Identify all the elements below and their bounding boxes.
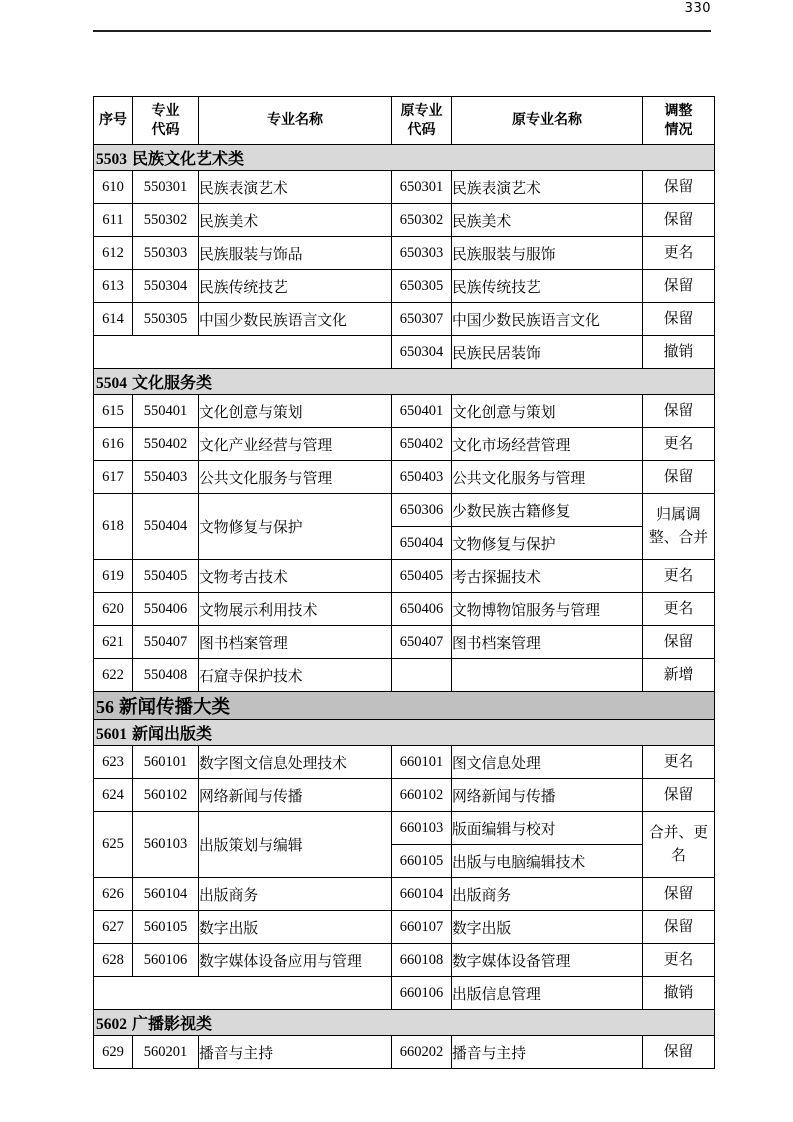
cell-old-name: 文化市场经营管理 — [452, 428, 643, 461]
cell-name: 文物展示利用技术 — [199, 593, 392, 626]
table-row: 612550303民族服装与饰品650303民族服装与服饰更名 — [94, 237, 715, 270]
cell-status: 保留 — [643, 395, 715, 428]
cell-no: 620 — [94, 593, 133, 626]
cell-old-name: 数字媒体设备管理 — [452, 944, 643, 977]
cell-status: 保留 — [643, 171, 715, 204]
cell-code: 560105 — [133, 911, 199, 944]
cell-name: 数字媒体设备应用与管理 — [199, 944, 392, 977]
cell-old-code: 660108 — [392, 944, 452, 977]
table-row: 617550403公共文化服务与管理650403公共文化服务与管理保留 — [94, 461, 715, 494]
cell-old-name: 考古探掘技术 — [452, 560, 643, 593]
table-row: 626560104出版商务660104出版商务保留 — [94, 878, 715, 911]
cell-code: 550403 — [133, 461, 199, 494]
cell-old-name: 中国少数民族语言文化 — [452, 303, 643, 336]
cell-status: 更名 — [643, 428, 715, 461]
cell-old-name: 图书档案管理 — [452, 626, 643, 659]
table-row: 615550401文化创意与策划650401文化创意与策划保留 — [94, 395, 715, 428]
cell-name: 民族传统技艺 — [199, 270, 392, 303]
cell-no: 619 — [94, 560, 133, 593]
cell-old-code: 650304 — [392, 336, 452, 369]
cell-old-code: 660105 — [392, 845, 452, 878]
section-name: 新闻出版类 — [132, 724, 212, 743]
spec-table: 序号 专业 代码 专业名称 原专业 代码 原专业名称 调整 情况 5503民族文… — [93, 96, 715, 1069]
cell-old-code: 660107 — [392, 911, 452, 944]
cell-old-name: 播音与主持 — [452, 1036, 643, 1069]
cell-status: 更名 — [643, 560, 715, 593]
cell-name: 文化产业经营与管理 — [199, 428, 392, 461]
cell-old-name: 民族民居装饰 — [452, 336, 643, 369]
cell-old-code: 660102 — [392, 779, 452, 812]
cell-no: 612 — [94, 237, 133, 270]
section-band-56: 56新闻传播大类 — [94, 692, 715, 720]
cell-code: 560103 — [133, 812, 199, 878]
spec-table-body: 5503民族文化艺术类610550301民族表演艺术650301民族表演艺术保留… — [94, 145, 715, 1069]
cell-status: 新增 — [643, 659, 715, 692]
cell-old-code: 660106 — [392, 977, 452, 1010]
cell-status: 更名 — [643, 746, 715, 779]
cell-old-code: 650406 — [392, 593, 452, 626]
cell-name: 民族服装与饰品 — [199, 237, 392, 270]
table-row: 619550405文物考古技术650405考古探掘技术更名 — [94, 560, 715, 593]
cell-code: 560106 — [133, 944, 199, 977]
section-band-5503: 5503民族文化艺术类 — [94, 145, 715, 171]
cell-code: 560101 — [133, 746, 199, 779]
cell-status: 撤销 — [643, 977, 715, 1010]
cell-code: 550405 — [133, 560, 199, 593]
cell-old-code: 650305 — [392, 270, 452, 303]
cell-status: 保留 — [643, 461, 715, 494]
section-name: 新闻传播大类 — [119, 697, 230, 718]
cell-old-code: 650301 — [392, 171, 452, 204]
cell-no: 629 — [94, 1036, 133, 1069]
cell-status: 合并、更名 — [643, 812, 715, 878]
cell-no: 614 — [94, 303, 133, 336]
cell-old-name: 民族传统技艺 — [452, 270, 643, 303]
cell-name: 文物修复与保护 — [199, 494, 392, 560]
section-code: 56 — [96, 697, 114, 717]
cell-code: 550407 — [133, 626, 199, 659]
cell-status: 保留 — [643, 204, 715, 237]
table-row: 614550305中国少数民族语言文化650307中国少数民族语言文化保留 — [94, 303, 715, 336]
table-row: 610550301民族表演艺术650301民族表演艺术保留 — [94, 171, 715, 204]
cell-old-code: 650402 — [392, 428, 452, 461]
section-name: 文化服务类 — [132, 373, 212, 392]
cell-status: 更名 — [643, 593, 715, 626]
cell-status: 更名 — [643, 944, 715, 977]
cell-name: 文化创意与策划 — [199, 395, 392, 428]
table-row-old-only: 650304民族民居装饰撤销 — [94, 336, 715, 369]
cell-status: 归属调整、合并 — [643, 494, 715, 560]
page-number: 330 — [93, 1, 711, 16]
table-row: 628560106数字媒体设备应用与管理660108数字媒体设备管理更名 — [94, 944, 715, 977]
cell-old-name: 网络新闻与传播 — [452, 779, 643, 812]
spec-table-header: 序号 专业 代码 专业名称 原专业 代码 原专业名称 调整 情况 — [94, 97, 715, 145]
cell-code: 550305 — [133, 303, 199, 336]
cell-name: 数字图文信息处理技术 — [199, 746, 392, 779]
cell-old-code-empty — [392, 659, 452, 692]
cell-no: 626 — [94, 878, 133, 911]
section-name: 民族文化艺术类 — [132, 149, 244, 168]
cell-name: 文物考古技术 — [199, 560, 392, 593]
cell-no: 627 — [94, 911, 133, 944]
table-row: 616550402文化产业经营与管理650402文化市场经营管理更名 — [94, 428, 715, 461]
cell-old-name: 数字出版 — [452, 911, 643, 944]
cell-old-code: 650302 — [392, 204, 452, 237]
section-band-cell: 5504文化服务类 — [94, 369, 715, 395]
table-row: 611550302民族美术650302民族美术保留 — [94, 204, 715, 237]
document-page: 330 序号 专业 代码 专业名称 原专业 代码 原专业名称 调整 情况 550… — [0, 0, 793, 1122]
cell-old-name: 出版商务 — [452, 878, 643, 911]
cell-old-name-empty — [452, 659, 643, 692]
cell-code: 550302 — [133, 204, 199, 237]
cell-code: 550408 — [133, 659, 199, 692]
cell-no: 617 — [94, 461, 133, 494]
cell-no: 624 — [94, 779, 133, 812]
cell-old-code: 650403 — [392, 461, 452, 494]
cell-name: 民族美术 — [199, 204, 392, 237]
cell-old-name: 图文信息处理 — [452, 746, 643, 779]
table-row-merged: 625560103出版策划与编辑660103版面编辑与校对合并、更名 — [94, 812, 715, 845]
section-band-cell: 5503民族文化艺术类 — [94, 145, 715, 171]
table-row: 620550406文物展示利用技术650406文物博物馆服务与管理更名 — [94, 593, 715, 626]
cell-old-name: 民族美术 — [452, 204, 643, 237]
cell-old-code: 660104 — [392, 878, 452, 911]
cell-old-code: 650401 — [392, 395, 452, 428]
cell-old-code: 660202 — [392, 1036, 452, 1069]
section-band-5504: 5504文化服务类 — [94, 369, 715, 395]
cell-old-name: 文化创意与策划 — [452, 395, 643, 428]
section-code: 5601 — [96, 726, 127, 743]
table-row: 627560105数字出版660107数字出版保留 — [94, 911, 715, 944]
cell-no: 628 — [94, 944, 133, 977]
cell-code: 560201 — [133, 1036, 199, 1069]
cell-status: 保留 — [643, 626, 715, 659]
cell-old-code: 650306 — [392, 494, 452, 527]
cell-name: 民族表演艺术 — [199, 171, 392, 204]
section-code: 5504 — [96, 375, 127, 392]
cell-old-code: 650405 — [392, 560, 452, 593]
header-old-code: 原专业 代码 — [392, 97, 452, 145]
cell-status: 撤销 — [643, 336, 715, 369]
cell-code: 550404 — [133, 494, 199, 560]
cell-name: 数字出版 — [199, 911, 392, 944]
cell-no: 610 — [94, 171, 133, 204]
table-row: 624560102网络新闻与传播660102网络新闻与传播保留 — [94, 779, 715, 812]
cell-status: 保留 — [643, 1036, 715, 1069]
cell-status: 保留 — [643, 270, 715, 303]
cell-no: 616 — [94, 428, 133, 461]
cell-empty — [94, 977, 392, 1010]
cell-old-name: 出版与电脑编辑技术 — [452, 845, 643, 878]
cell-old-name: 文物博物馆服务与管理 — [452, 593, 643, 626]
header-status: 调整 情况 — [643, 97, 715, 145]
cell-old-name: 少数民族古籍修复 — [452, 494, 643, 527]
cell-status: 保留 — [643, 779, 715, 812]
cell-code: 550402 — [133, 428, 199, 461]
header-code: 专业 代码 — [133, 97, 199, 145]
cell-no: 618 — [94, 494, 133, 560]
cell-code: 550304 — [133, 270, 199, 303]
cell-code: 550303 — [133, 237, 199, 270]
section-band-5602: 5602广播影视类 — [94, 1010, 715, 1036]
section-code: 5503 — [96, 151, 127, 168]
cell-empty — [94, 336, 392, 369]
cell-name: 出版商务 — [199, 878, 392, 911]
cell-old-name: 民族服装与服饰 — [452, 237, 643, 270]
cell-old-code: 660101 — [392, 746, 452, 779]
cell-no: 622 — [94, 659, 133, 692]
cell-old-code: 650303 — [392, 237, 452, 270]
table-row: 623560101数字图文信息处理技术660101图文信息处理更名 — [94, 746, 715, 779]
header-no: 序号 — [94, 97, 133, 145]
section-code: 5602 — [96, 1016, 127, 1033]
header-row: 序号 专业 代码 专业名称 原专业 代码 原专业名称 调整 情况 — [94, 97, 715, 145]
section-band-cell: 5601新闻出版类 — [94, 720, 715, 746]
header-name: 专业名称 — [199, 97, 392, 145]
cell-old-code: 650407 — [392, 626, 452, 659]
cell-no: 625 — [94, 812, 133, 878]
cell-name: 出版策划与编辑 — [199, 812, 392, 878]
cell-old-name: 出版信息管理 — [452, 977, 643, 1010]
cell-old-name: 文物修复与保护 — [452, 527, 643, 560]
cell-old-code: 650307 — [392, 303, 452, 336]
table-row: 629560201播音与主持660202播音与主持保留 — [94, 1036, 715, 1069]
cell-code: 550406 — [133, 593, 199, 626]
table-row: 613550304民族传统技艺650305民族传统技艺保留 — [94, 270, 715, 303]
cell-name: 石窟寺保护技术 — [199, 659, 392, 692]
cell-old-name: 版面编辑与校对 — [452, 812, 643, 845]
table-row-old-only: 660106出版信息管理撤销 — [94, 977, 715, 1010]
cell-code: 550401 — [133, 395, 199, 428]
cell-name: 播音与主持 — [199, 1036, 392, 1069]
section-band-cell: 56新闻传播大类 — [94, 692, 715, 720]
cell-name: 图书档案管理 — [199, 626, 392, 659]
cell-name: 公共文化服务与管理 — [199, 461, 392, 494]
cell-name: 中国少数民族语言文化 — [199, 303, 392, 336]
cell-code: 560102 — [133, 779, 199, 812]
section-band-cell: 5602广播影视类 — [94, 1010, 715, 1036]
cell-old-name: 民族表演艺术 — [452, 171, 643, 204]
cell-status: 保留 — [643, 303, 715, 336]
cell-no: 613 — [94, 270, 133, 303]
cell-name: 网络新闻与传播 — [199, 779, 392, 812]
section-band-5601: 5601新闻出版类 — [94, 720, 715, 746]
table-row: 621550407图书档案管理650407图书档案管理保留 — [94, 626, 715, 659]
section-name: 广播影视类 — [132, 1014, 212, 1033]
cell-status: 保留 — [643, 911, 715, 944]
cell-no: 621 — [94, 626, 133, 659]
cell-old-code: 650404 — [392, 527, 452, 560]
header-old-name: 原专业名称 — [452, 97, 643, 145]
cell-status: 保留 — [643, 878, 715, 911]
table-row-merged: 618550404文物修复与保护650306少数民族古籍修复归属调整、合并 — [94, 494, 715, 527]
cell-code: 560104 — [133, 878, 199, 911]
cell-status: 更名 — [643, 237, 715, 270]
cell-no: 615 — [94, 395, 133, 428]
cell-old-name: 公共文化服务与管理 — [452, 461, 643, 494]
cell-code: 550301 — [133, 171, 199, 204]
table-row-new-only: 622550408石窟寺保护技术新增 — [94, 659, 715, 692]
page-header-rule — [93, 30, 711, 32]
cell-no: 623 — [94, 746, 133, 779]
cell-old-code: 660103 — [392, 812, 452, 845]
cell-no: 611 — [94, 204, 133, 237]
